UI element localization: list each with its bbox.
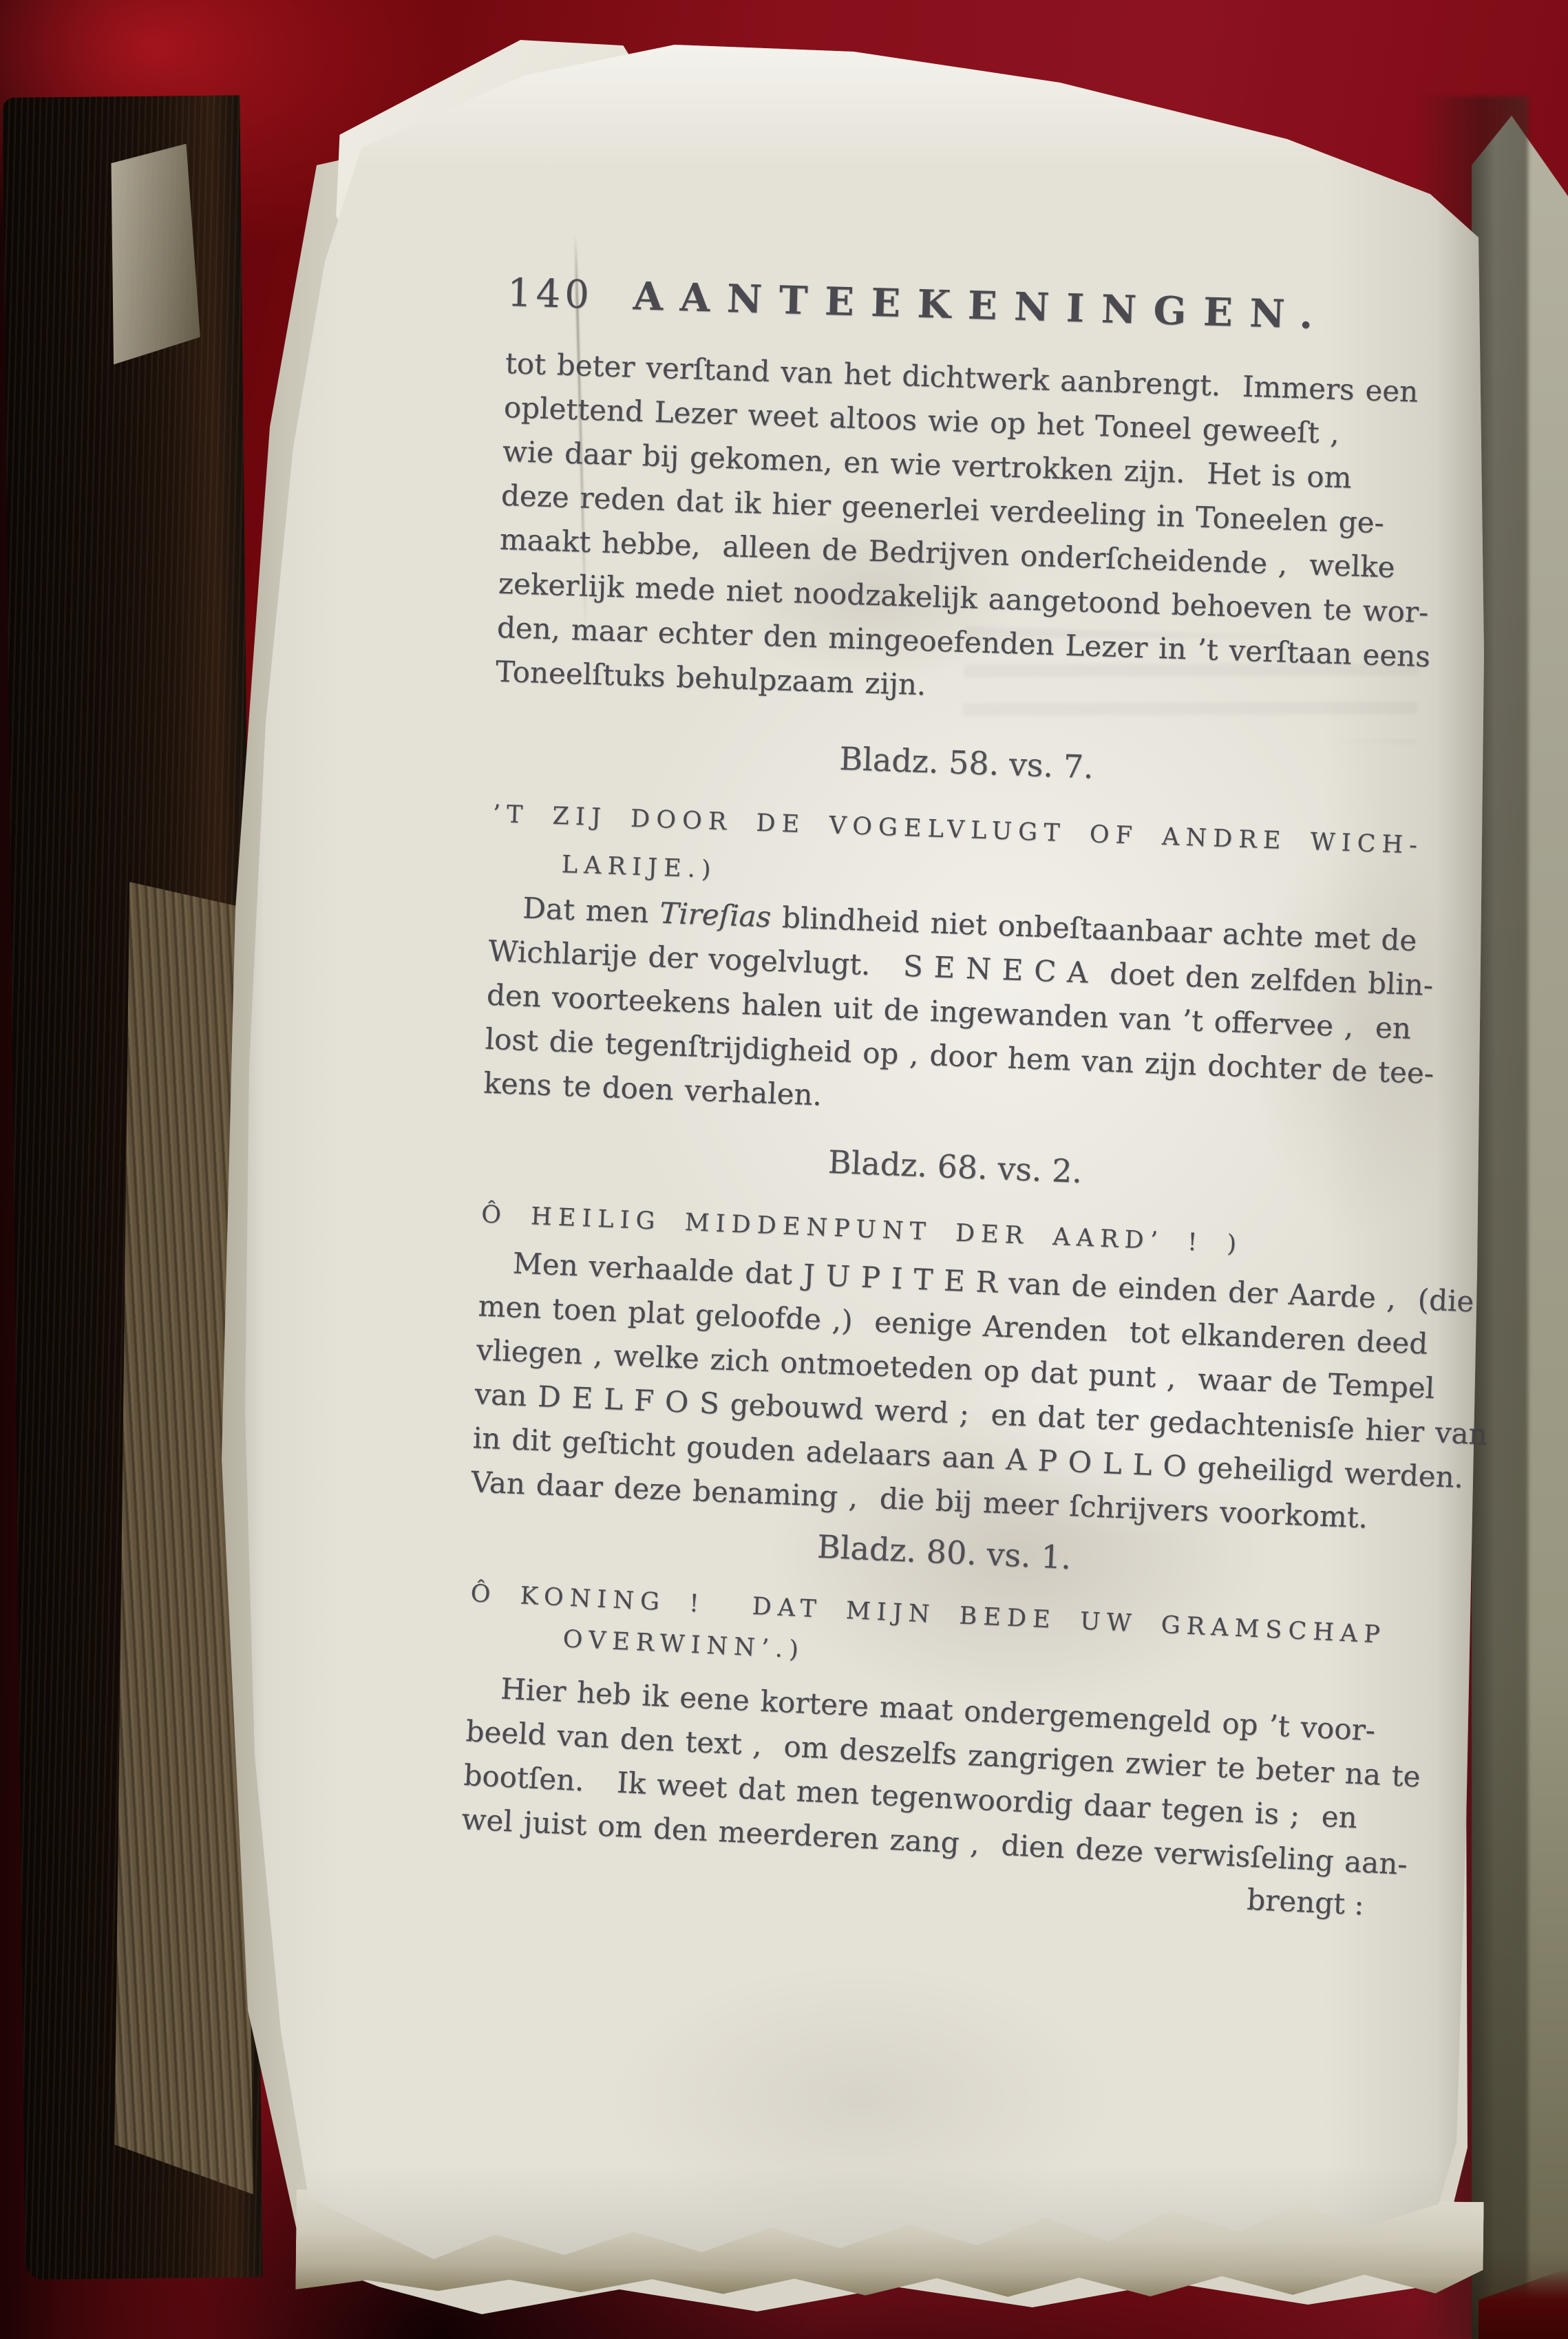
note1-reference: Bladz. 58. vs. 7. <box>494 728 1439 798</box>
printed-text: 140AANTEEKENINGEN. tot beter verſtand va… <box>460 270 1452 1989</box>
note1-body-italic-name: Tireſias <box>659 896 772 934</box>
note1-body-lead: Dat men <box>489 890 660 930</box>
note1-body: Dat men Tireſias blindheid niet onbeſtaa… <box>483 885 1434 1140</box>
intro-paragraph: tot beter verſtand van het dichtwerk aan… <box>495 341 1450 723</box>
note2-reference: Bladz. 68. vs. 2. <box>483 1130 1428 1204</box>
note1-body-rest: blindheid niet onbeſtaanbaar achte met d… <box>483 900 1434 1112</box>
page-number: 140 <box>507 271 594 317</box>
note2-body: Men verhaalde dat J U P I T E R van de e… <box>470 1240 1424 1542</box>
book-photo: 140AANTEEKENINGEN. tot beter verſtand va… <box>0 0 1568 2339</box>
